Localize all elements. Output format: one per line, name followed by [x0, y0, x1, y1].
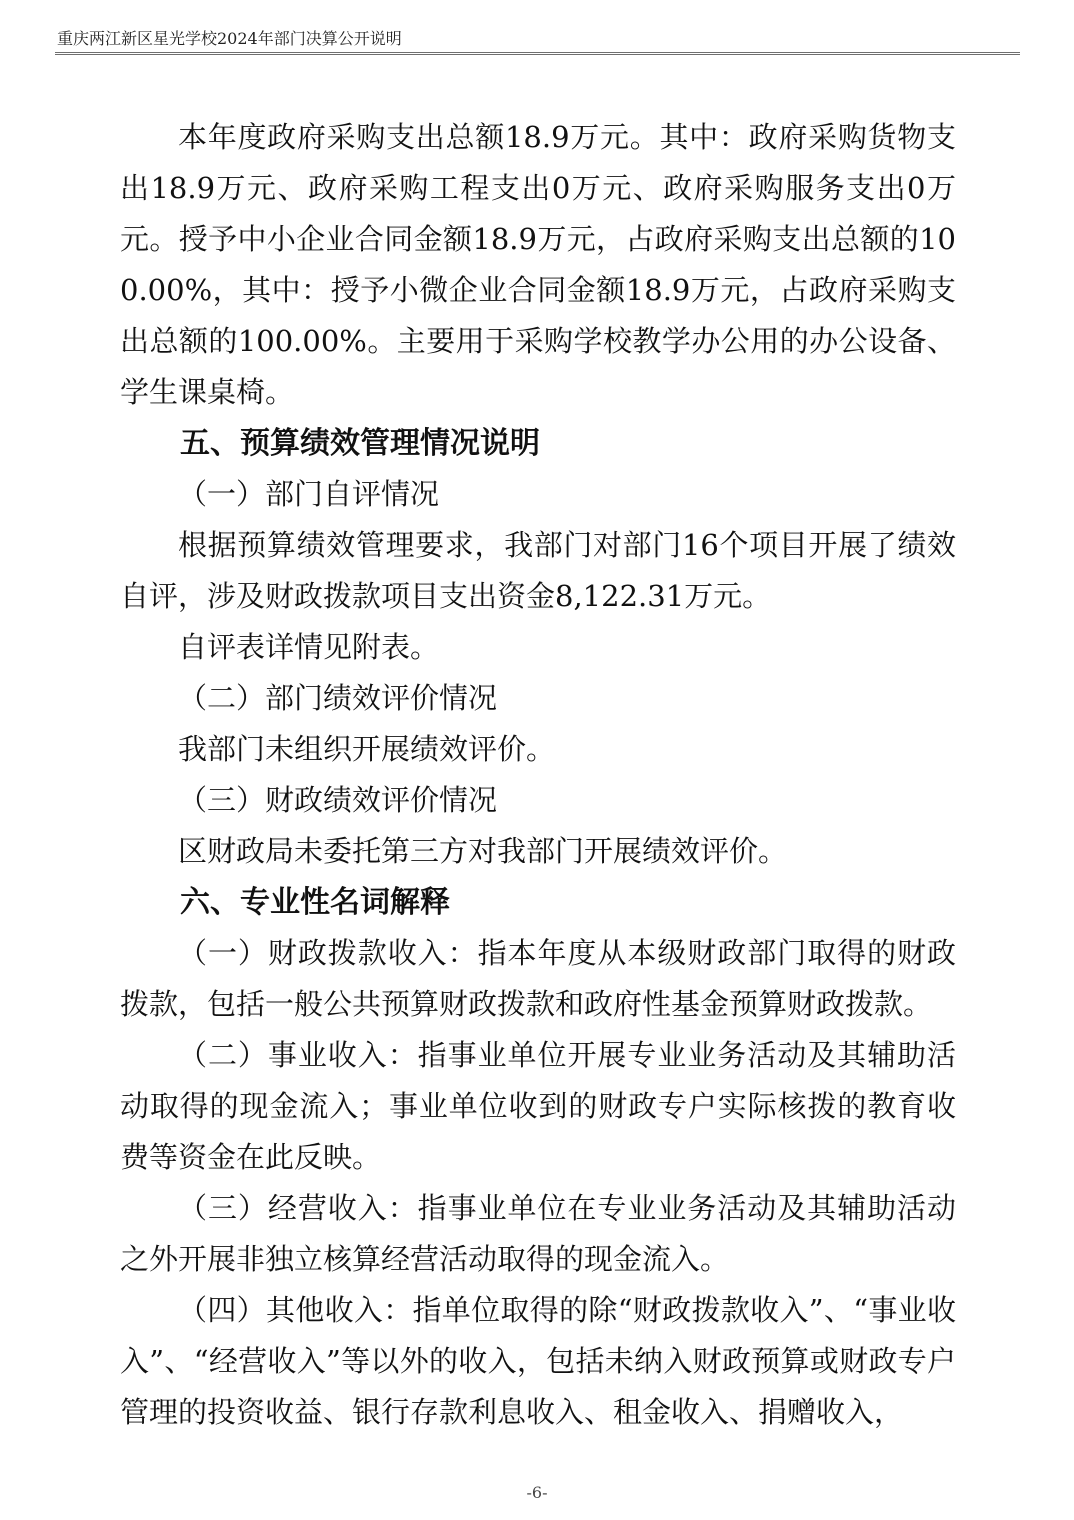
subheading-5-3-finance-evaluation: （三）财政绩效评价情况 — [120, 775, 956, 826]
paragraph-term-business-income: （二）事业收入：指事业单位开展专业业务活动及其辅助活动取得的现金流入；事业单位收… — [120, 1030, 956, 1183]
header-rule — [55, 52, 1020, 55]
section-heading-6-terminology: 六、专业性名词解释 — [120, 877, 956, 928]
subheading-5-2-department-evaluation: （二）部门绩效评价情况 — [120, 673, 956, 724]
paragraph-term-other-income: （四）其他收入：指单位取得的除“财政拨款收入”、“事业收入”、“经营收入”等以外… — [120, 1285, 956, 1438]
paragraph-term-operating-income: （三）经营收入：指事业单位在专业业务活动及其辅助活动之外开展非独立核算经营活动取… — [120, 1183, 956, 1285]
paragraph-self-evaluation-detail: 根据预算绩效管理要求，我部门对部门16个项目开展了绩效自评，涉及财政拨款项目支出… — [120, 520, 956, 622]
page-header-title: 重庆两江新区星光学校2024年部门决算公开说明 — [57, 28, 402, 50]
page-number: -6- — [0, 1483, 1074, 1502]
document-body: 本年度政府采购支出总额18.9万元。其中：政府采购货物支出18.9万元、政府采购… — [120, 112, 956, 1438]
subheading-5-1-self-evaluation: （一）部门自评情况 — [120, 469, 956, 520]
section-heading-5-budget-performance: 五、预算绩效管理情况说明 — [120, 418, 956, 469]
paragraph-department-evaluation-detail: 我部门未组织开展绩效评价。 — [120, 724, 956, 775]
paragraph-term-fiscal-appropriation-income: （一）财政拨款收入：指本年度从本级财政部门取得的财政拨款，包括一般公共预算财政拨… — [120, 928, 956, 1030]
document-page: 重庆两江新区星光学校2024年部门决算公开说明 本年度政府采购支出总额18.9万… — [0, 0, 1074, 1520]
paragraph-finance-evaluation-detail: 区财政局未委托第三方对我部门开展绩效评价。 — [120, 826, 956, 877]
paragraph-gov-procurement-summary: 本年度政府采购支出总额18.9万元。其中：政府采购货物支出18.9万元、政府采购… — [120, 112, 956, 418]
paragraph-self-evaluation-table-note: 自评表详情见附表。 — [120, 622, 956, 673]
